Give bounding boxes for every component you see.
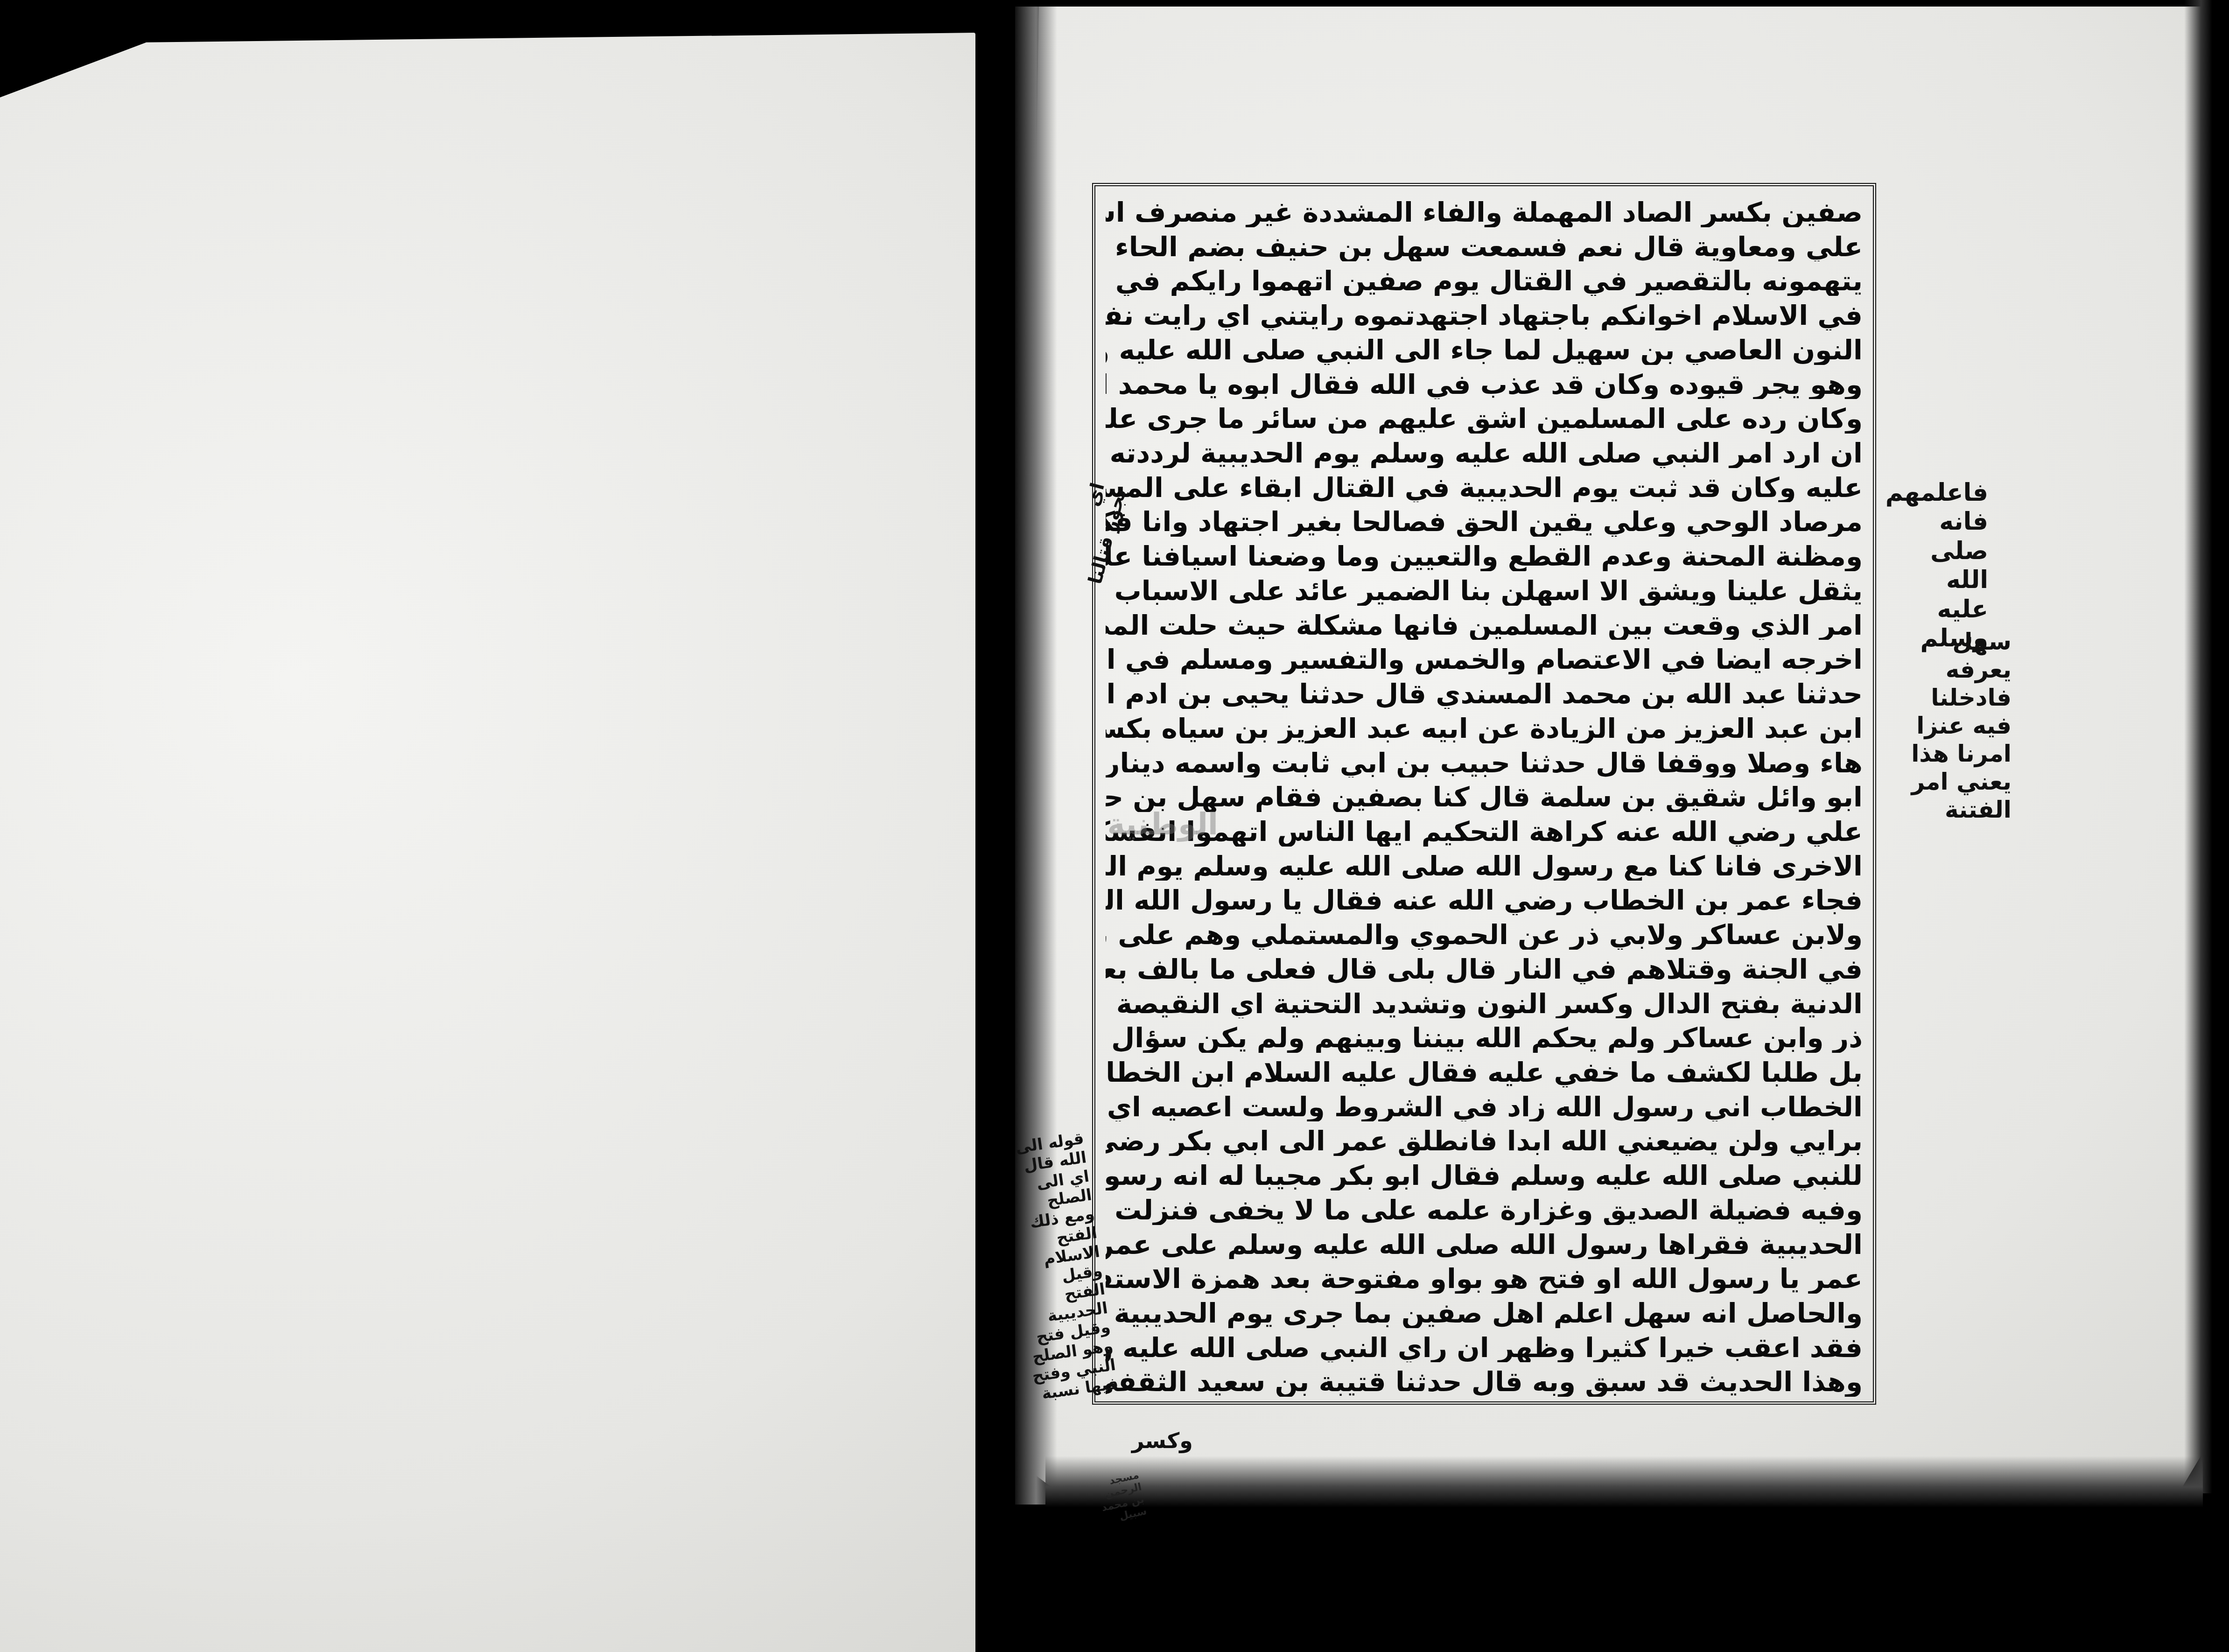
text-line: للنبي صلى الله عليه وسلم فقال ابو بكر مج…: [1106, 1156, 1863, 1190]
text-line: ذر وابن عساكر ولم يحكم الله بيننا وبينهم…: [1106, 1018, 1863, 1053]
text-line: برايي ولن يضيعني الله ابدا فانطلق عمر ال…: [1106, 1121, 1863, 1156]
text-line: اخرجه ايضا في الاعتصام والخمس والتفسير و…: [1106, 640, 1863, 674]
text-line: عمر يا رسول الله او فتح هو بواو مفتوحة ب…: [1106, 1259, 1863, 1294]
text-line: حدثنا عبد الله بن محمد المسندي قال حدثنا…: [1106, 674, 1863, 709]
text-line: مرصاد الوحي وعلي يقين الحق فصالحا بغير ا…: [1106, 502, 1863, 537]
text-line: ابو وائل شقيق بن سلمة قال كنا بصفين فقام…: [1106, 777, 1863, 812]
margin-note-right-2: سهل يعرفه فادخلنا فيه عنزا امرنا هذا يعن…: [1900, 628, 2012, 824]
text-line: الاخرى فانا كنا مع رسول الله صلى الله عل…: [1106, 847, 1863, 881]
text-line: في الاسلام اخوانكم باجتهاد اجتهدتموه راي…: [1106, 296, 1863, 330]
text-line: فقد اعقب خيرا كثيرا وظهر ان راي النبي صل…: [1106, 1328, 1863, 1363]
text-line: فجاء عمر بن الخطاب رضي الله عنه فقال يا …: [1106, 881, 1863, 915]
text-line: ابن عبد العزيز من الزيادة عن ابيه عبد ال…: [1106, 709, 1863, 743]
text-line: النون العاصي بن سهيل لما جاء الى النبي ص…: [1106, 330, 1863, 365]
text-line: يتهمونه بالتقصير في القتال يوم صفين اتهم…: [1106, 261, 1863, 296]
text-line: وهذا الحديث قد سبق وبه قال حدثنا قتيبة ب…: [1106, 1362, 1863, 1397]
text-line: والحاصل انه سهل اعلم اهل صفين بما جرى يو…: [1106, 1294, 1863, 1328]
text-line: علي رضي الله عنه كراهة التحكيم ايها النا…: [1106, 812, 1863, 847]
left-page-blank: [0, 33, 975, 1652]
text-line: وكان رده على المسلمين اشق عليهم من سائر …: [1106, 399, 1863, 434]
text-line: عليه وكان قد ثبت يوم الحديبية في القتال …: [1106, 468, 1863, 503]
text-line: ومظنة المحنة وعدم القطع والتعيين وما وضع…: [1106, 537, 1863, 571]
catchword: وكسر: [1132, 1428, 1193, 1454]
text-line: هاء وصلا ووقفا قال حدثنا حبيب بن ابي ثاب…: [1106, 743, 1863, 778]
text-line: يثقل علينا ويشق الا اسهلن بنا الضمير عائ…: [1106, 571, 1863, 606]
text-line: الخطاب اني رسول الله زاد في الشروط ولست …: [1106, 1087, 1863, 1122]
text-line: في الجنة وقتلاهم في النار قال بلى قال فع…: [1106, 950, 1863, 984]
text-line: صفين بكسر الصاد المهملة والفاء المشددة غ…: [1106, 193, 1863, 227]
manuscript-spread: صفين بكسر الصاد المهملة والفاء المشددة غ…: [0, 0, 2229, 1652]
text-line: الدنية بفتح الدال وكسر النون وتشديد التح…: [1106, 984, 1863, 1019]
margin-note-right-1: فاعلمهم فانه صلى الله عليه وسلم: [1895, 478, 1988, 653]
text-line: بل طلبا لكشف ما خفي عليه فقال عليه السلا…: [1106, 1053, 1863, 1087]
page-right-edge: [2184, 0, 2212, 1493]
page-bottom-edge: [1045, 1456, 2203, 1507]
text-line: امر الذي وقعت بين المسلمين فانها مشكلة ح…: [1106, 606, 1863, 640]
text-line: وهو يجر قيوده وكان قد عذب في الله فقال ا…: [1106, 365, 1863, 399]
library-watermark: الوطنية: [1097, 807, 1218, 842]
text-block-frame: صفين بكسر الصاد المهملة والفاء المشددة غ…: [1092, 183, 1876, 1405]
text-line: علي ومعاوية قال نعم فسمعت سهل بن حنيف بض…: [1106, 227, 1863, 262]
text-line: وفيه فضيلة الصديق وغزارة علمه على ما لا …: [1106, 1190, 1863, 1225]
text-line: ان ارد امر النبي صلى الله عليه وسلم يوم …: [1106, 434, 1863, 468]
text-line: الحديبية فقراها رسول الله صلى الله عليه …: [1106, 1225, 1863, 1260]
text-line: ولابن عساكر ولابي ذر عن الحموي والمستملي…: [1106, 915, 1863, 950]
text-lines: صفين بكسر الصاد المهملة والفاء المشددة غ…: [1106, 193, 1863, 1397]
